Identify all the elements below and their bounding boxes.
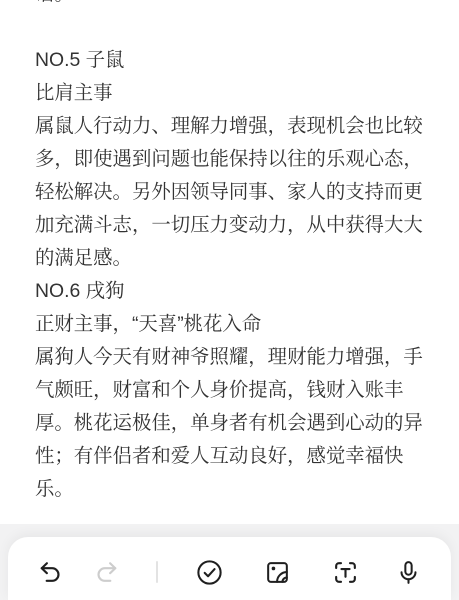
text-line: 轻松解决。另外因领导同事、家人的支持而更 (35, 176, 430, 209)
microphone-icon (395, 559, 422, 586)
text-line-subheading-no5: 比肩主事 (35, 77, 430, 110)
text-line-heading-no5: NO.5 子鼠 (35, 44, 430, 77)
text-line: 气颇旺，财富和个人身价提高，钱财入账丰 (35, 374, 430, 407)
text-line: 加充满斗志，一切压力变动力，从中获得大大 (35, 209, 430, 242)
redo-icon (93, 559, 120, 586)
text-recognition-button[interactable] (325, 552, 365, 592)
text-line-clipped: 话。 (35, 0, 430, 11)
check-circle-icon (195, 558, 224, 587)
text-line: 乐。 (35, 473, 430, 506)
voice-input-button[interactable] (388, 552, 428, 592)
text-line: 多，即使遇到问题也能保持以往的乐观心态， (35, 143, 430, 176)
text-line-blank (35, 11, 430, 44)
text-line-heading-no6: NO.6 戌狗 (35, 275, 430, 308)
text-line: 的满足感。 (35, 242, 430, 275)
undo-icon (37, 559, 64, 586)
text-line: 性；有伴侣者和爱人互动良好，感觉幸福快 (35, 440, 430, 473)
bottom-toolbar (8, 537, 451, 600)
text-line: 属鼠人行动力、理解力增强，表现机会也比较 (35, 110, 430, 143)
app-screen: 话。 NO.5 子鼠 比肩主事 属鼠人行动力、理解力增强，表现机会也比较 多，即… (0, 0, 459, 600)
image-icon (264, 559, 291, 586)
confirm-button[interactable] (189, 552, 229, 592)
undo-button[interactable] (30, 552, 70, 592)
toolbar-divider (156, 561, 158, 583)
text-line-subheading-no6: 正财主事，“天喜”桃花入命 (35, 308, 430, 341)
document-text: 话。 NO.5 子鼠 比肩主事 属鼠人行动力、理解力增强，表现机会也比较 多，即… (35, 0, 430, 506)
text-line: 属狗人今天有财神爷照耀，理财能力增强，手 (35, 341, 430, 374)
text-line: 厚。桃花运极佳，单身者有机会遇到心动的异 (35, 407, 430, 440)
text-scan-icon (332, 559, 359, 586)
insert-image-button[interactable] (257, 552, 297, 592)
redo-button[interactable] (86, 552, 126, 592)
